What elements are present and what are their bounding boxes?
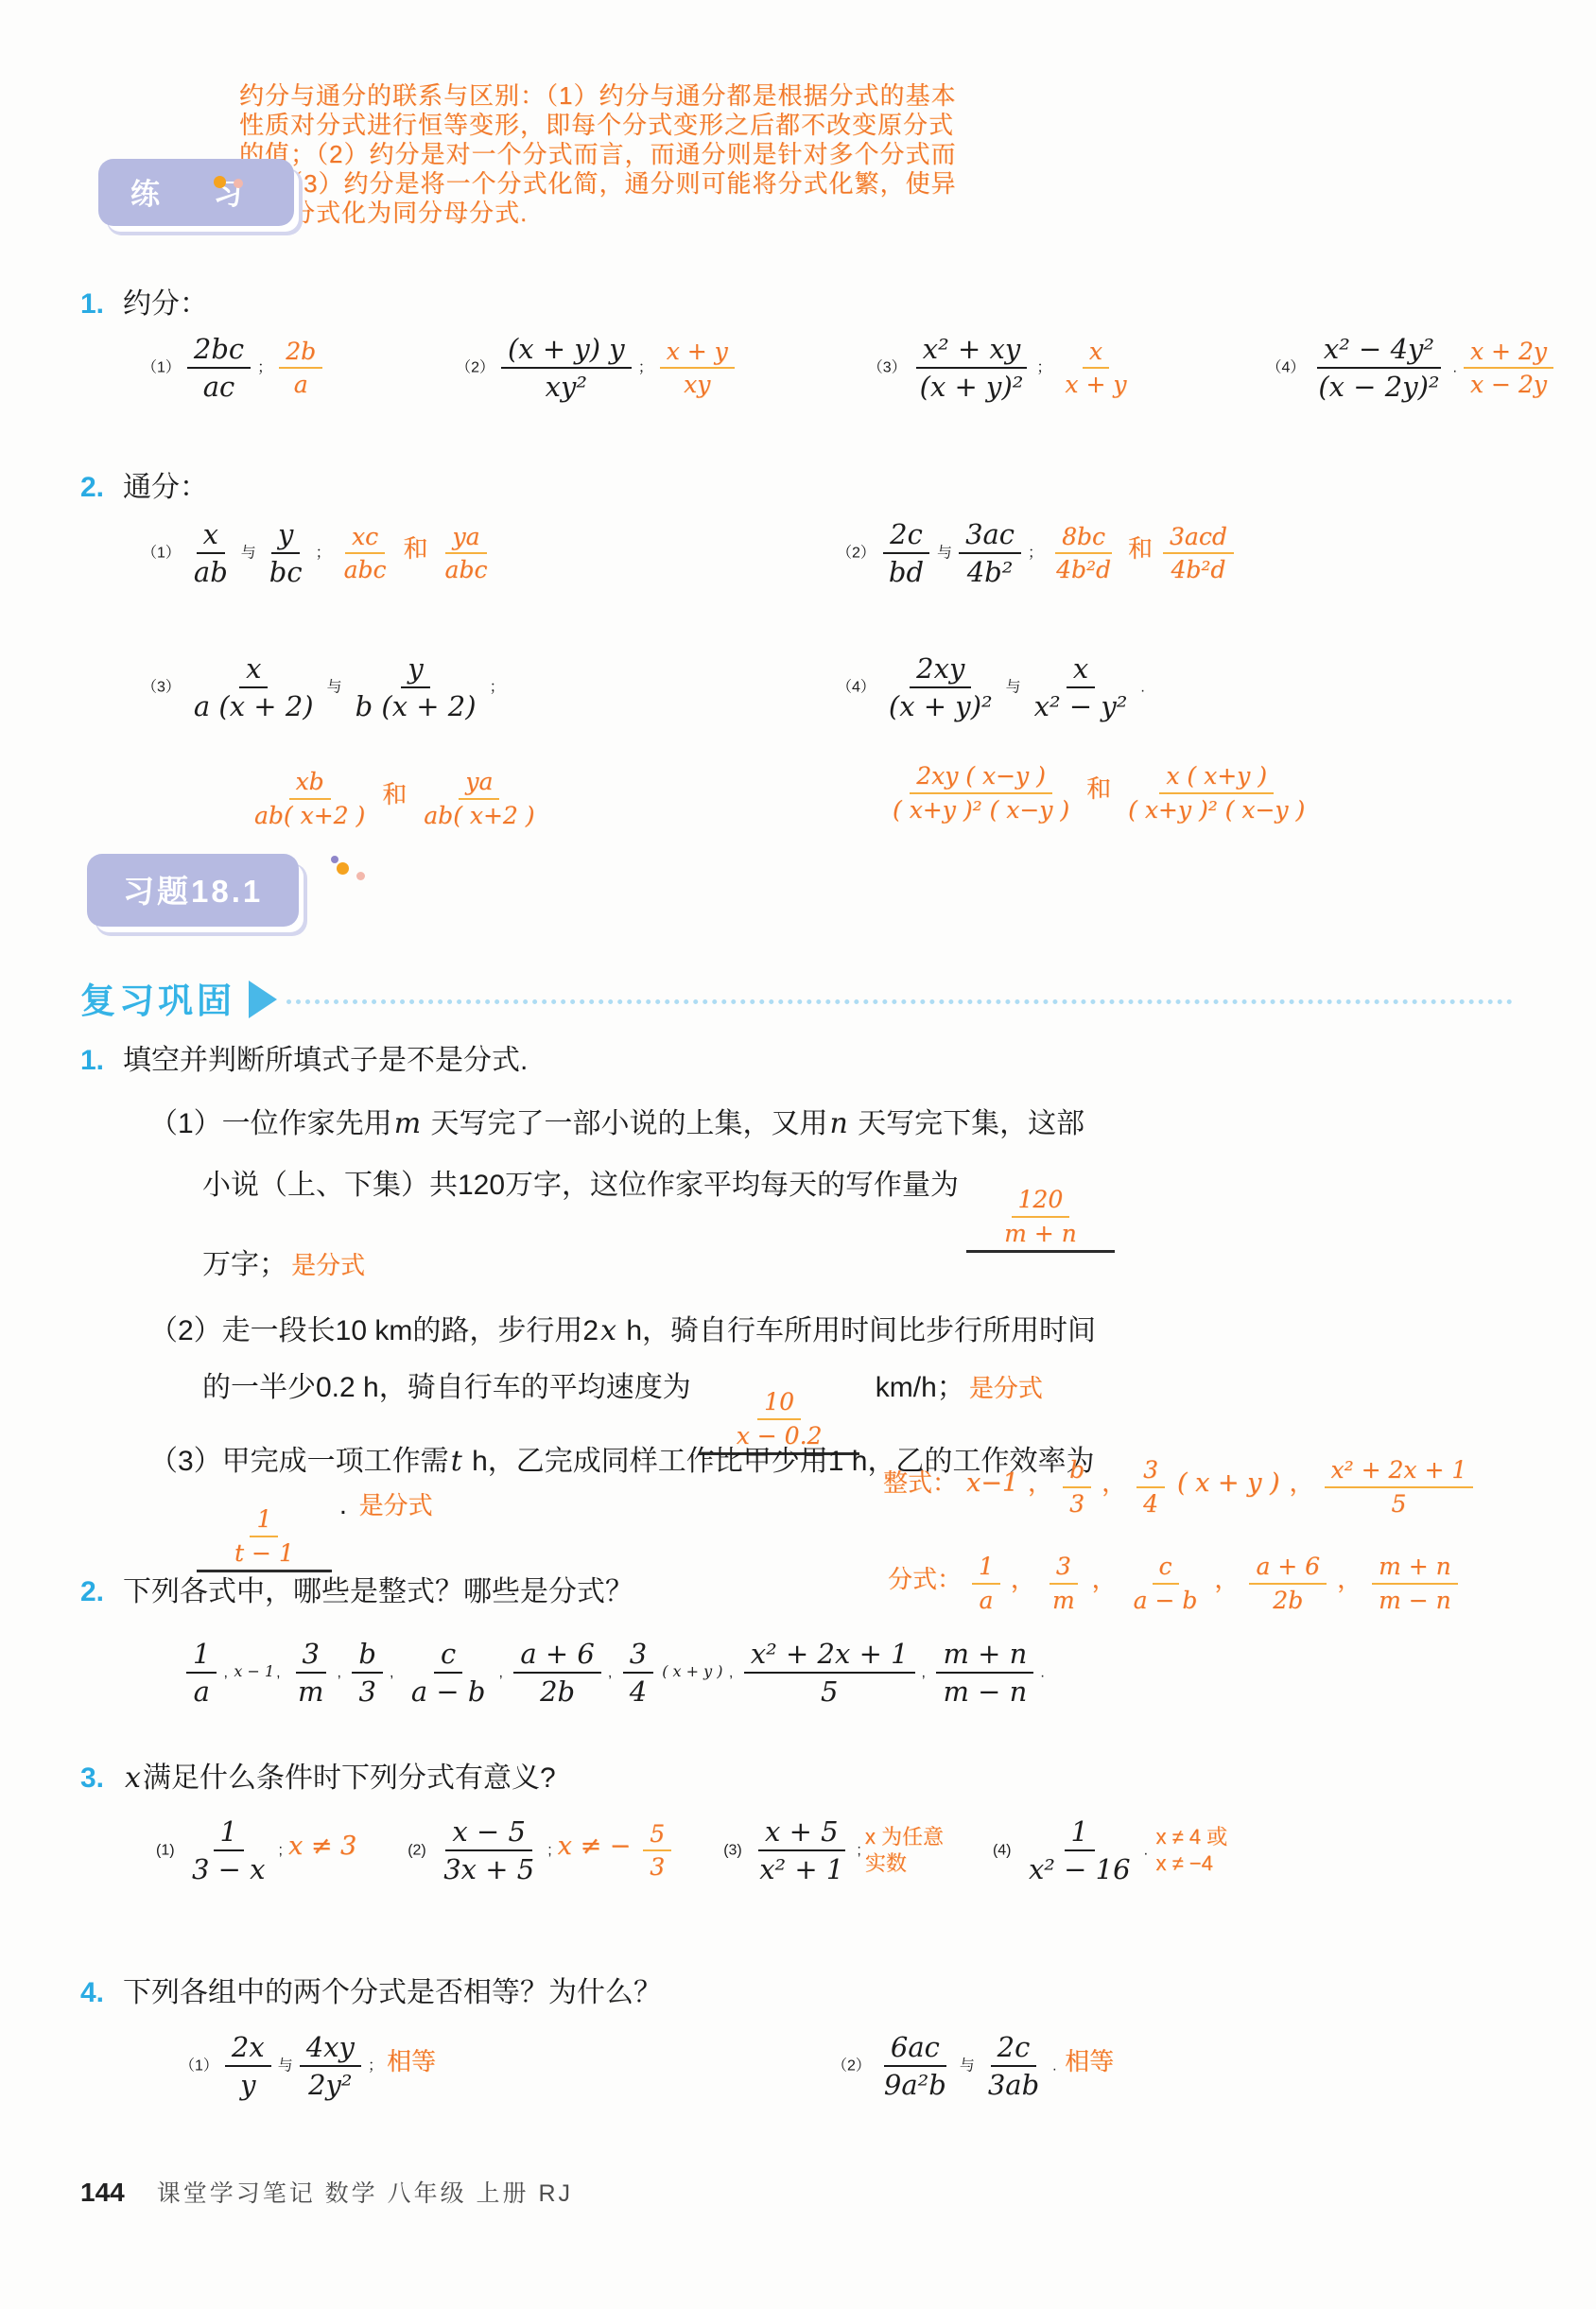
problem-1-label: 1.填空并判断所填式子是不是分式. (80, 1036, 528, 1078)
fraction: ca − b (405, 1638, 493, 1708)
math-text: km/h； (867, 1372, 964, 1403)
fraction: 6ac9a²b (877, 2031, 953, 2101)
answer-fraction: 34 (1136, 1456, 1165, 1518)
math-text: （1） (142, 359, 181, 375)
denominator: y (234, 2067, 262, 2101)
math-text: ； (1028, 545, 1043, 561)
fraction: m + nm − n (936, 1638, 1033, 1708)
denominator: 5 (1384, 1488, 1413, 1519)
math-text: 与 (327, 679, 342, 695)
reduce-item-2: （2）(x + y) yxy²；x + yxy (456, 333, 741, 403)
fraction: 2xy(x + y)² (882, 652, 999, 722)
annotation-line: 性质对分式进行恒等变形，即每个分式变形之后都不改变原分式 (239, 111, 958, 140)
note-line: x 为任意 (865, 1824, 944, 1851)
p3-row: (1) 13 − x;x ≠ 3 (2) x − 53x + 5;x ≠ −53… (156, 1815, 1231, 1885)
fraction: x + 5x² + 1 (753, 1815, 850, 1885)
math-text: 与 (241, 545, 256, 561)
math-text: (4) (993, 1842, 1015, 1858)
denominator: x² − 16 (1022, 1851, 1137, 1885)
denominator: 3 (352, 1674, 382, 1708)
math-text: （2） (832, 2057, 871, 2074)
answer-fraction: yaabc (439, 523, 494, 584)
math-text: (2) (408, 1842, 430, 1858)
p3-item-2: (2) x − 53x + 5;x ≠ −53 (408, 1815, 678, 1885)
common-denominator-item-3: （3）xa (x + 2)与yb (x + 2)； (142, 652, 505, 722)
denominator: x² − y² (1028, 688, 1135, 722)
numerator: x − 5 (445, 1815, 532, 1851)
handwritten-note: ， (1102, 1468, 1126, 1497)
numerator: x ( x+y ) (1159, 762, 1274, 794)
math-text: （1） (142, 545, 181, 561)
denominator: 4b²d (1050, 554, 1118, 584)
math-text: （1） (180, 2057, 218, 2074)
note-line: x ≠ 4 或 (1155, 1824, 1227, 1851)
answer-fraction: 2xy ( x−y )( x+y )² ( x−y ) (886, 762, 1076, 824)
answer-fraction: yaab( x+2 ) (417, 768, 541, 829)
common-denominator-item-4: （4）2xy(x + y)²与xx² − y². (837, 652, 1145, 722)
problem-4-title: 下列各组中的两个分式是否相等？为什么？ (123, 1977, 662, 2008)
numerator: y (271, 518, 300, 554)
math-text: . (1144, 1842, 1153, 1858)
handwritten-note: ， (1290, 1468, 1314, 1497)
practice-q1-title: 约分： (123, 288, 208, 320)
denominator: a (187, 1674, 217, 1708)
math-text: ; (547, 1842, 551, 1858)
handwritten-note: 是分式 (358, 1491, 432, 1519)
p4-item-1: （1）2xy与4xy2y²；相等 (180, 2031, 440, 2101)
practice-q2-title: 通分： (123, 472, 208, 503)
numerator: xb (289, 768, 331, 800)
answer-fraction: 2ba (279, 338, 322, 399)
handwritten-note: 相等 (387, 2047, 436, 2075)
handwritten-note: 和 (404, 534, 428, 563)
problem-1-number: 1. (80, 1045, 104, 1076)
math-text: h，骑自行车所用时间比步行所用时间 (618, 1315, 1096, 1346)
math-text: （2） (456, 359, 494, 375)
denominator: ab( x+2 ) (417, 800, 541, 830)
practice-badge-label: 练 习 (98, 159, 294, 226)
numerator: 3acd (1163, 523, 1234, 555)
numerator: 2b (279, 338, 322, 370)
handwritten-note: x ≠ 4 或x ≠ −4 (1155, 1824, 1227, 1878)
denominator: (x − 2y)² (1311, 369, 1446, 403)
numerator: x² − 4y² (1317, 333, 1441, 369)
p3-item-1: (1) 13 − x;x ≠ 3 (156, 1815, 362, 1885)
denominator: ( x+y )² ( x−y ) (1121, 794, 1311, 825)
practice-q1-label: 1.约分： (80, 280, 208, 321)
denominator: t − 1 (228, 1537, 301, 1568)
denominator: ab( x+2 ) (248, 800, 372, 830)
footer-caption: 课堂学习笔记 数学 八年级 上册 RJ (157, 2175, 573, 2209)
math-text: 万字； (202, 1249, 287, 1280)
answer-item-3: xbab( x+2 )和yaab( x+2 ) (241, 768, 548, 829)
p3-item-3: (3) x + 5x² + 1;x 为任意实数 (723, 1815, 947, 1885)
math-text: 天写完下集，这部 (850, 1108, 1084, 1139)
numerator: b (1063, 1456, 1091, 1488)
review-section-header: 复习巩固 (80, 972, 1513, 1023)
reduce-item-1: （1）2bcac；2ba (142, 333, 329, 403)
fraction: (x + y) yxy² (501, 333, 632, 403)
denominator: ab (187, 554, 234, 588)
numerator: 5 (643, 1820, 671, 1852)
math-text: , (498, 1664, 507, 1680)
handwritten-note: ， (1092, 1565, 1117, 1593)
numerator: m + n (936, 1638, 1033, 1674)
numerator: 120 (1012, 1186, 1070, 1218)
denominator: 2y² (302, 2067, 358, 2101)
answer-fraction: 120m + n (997, 1186, 1084, 1247)
p4-item-2: （2）6ac9a²b与2c3ab. 相等 (832, 2031, 1118, 2101)
math-text: （2）走一段长10 km的路，步行用2 (149, 1315, 598, 1346)
denominator: x − 2y (1464, 369, 1553, 399)
numerator: x² + 2x + 1 (1325, 1456, 1474, 1488)
math-text: （3） (142, 679, 181, 695)
fraction: 2c3ab (981, 2031, 1046, 2101)
answer-fraction: xbab( x+2 ) (248, 768, 372, 829)
denominator: 2b (533, 1674, 581, 1708)
fraction: xa (x + 2) (187, 652, 321, 722)
math-variable: t (449, 1445, 464, 1478)
fraction: 34 (623, 1638, 653, 1708)
practice-badge: 练 习 (98, 159, 294, 226)
numerator: c (1153, 1553, 1179, 1585)
denominator: 4b²d (1164, 554, 1232, 584)
answer-fraction: 8bc4b²d (1050, 523, 1118, 584)
denominator: m − n (1372, 1585, 1458, 1615)
numerator: y (401, 652, 429, 688)
denominator: bd (882, 554, 930, 588)
handwritten-note: 是分式 (969, 1374, 1043, 1402)
practice-q2-number: 2. (80, 472, 104, 503)
fill-in-blank: 1t − 1 (197, 1505, 332, 1572)
p1-line-4: （2）走一段长10 km的路，步行用2x h，骑自行车所用时间比步行所用时间 (149, 1307, 1096, 1348)
math-text: ； (490, 679, 505, 695)
textbook-page: 约分与通分的联系与区别：（1）约分与通分都是根据分式的基本性质对分式进行恒等变形… (0, 0, 1596, 2309)
numerator: ya (445, 523, 486, 555)
math-text: , (276, 1664, 285, 1680)
numerator: 2c (883, 518, 929, 554)
numerator: 3 (1136, 1456, 1165, 1488)
practice-q1-number: 1. (80, 288, 104, 320)
numerator: 1 (250, 1505, 278, 1537)
orange-dot-icon (337, 862, 349, 875)
p1-line-2: 小说（上、下集）共120万字，这位作家平均每天的写作量为120m + n (202, 1161, 1122, 1253)
note-line: 实数 (865, 1850, 944, 1878)
p2-expression-list: 1a, x − 1, 3m, b3, ca − b, a + 62b, 34( … (180, 1638, 1045, 1708)
numerator: 10 (757, 1388, 801, 1420)
math-text: . (1040, 1664, 1044, 1680)
annotation-line: 的值；（2）约分是对一个分式而言，而通分则是针对多个分式而 (239, 140, 958, 169)
handwritten-note: x 为任意实数 (865, 1824, 944, 1878)
denominator: m (291, 1674, 331, 1708)
dotted-divider (286, 999, 1513, 1004)
numerator: x (239, 652, 268, 688)
numerator: 3 (296, 1638, 326, 1674)
fraction: x² − 4y²(x − 2y)² (1311, 333, 1446, 403)
exercise-badge-label: 习题18.1 (87, 854, 299, 927)
denominator: 4 (1136, 1488, 1165, 1519)
numerator: 2bc (187, 333, 251, 369)
numerator: x (1083, 338, 1109, 370)
answer-fraction: 3acd4b²d (1163, 523, 1234, 584)
math-variable: n (827, 1107, 849, 1140)
numerator: x + 5 (758, 1815, 845, 1851)
answer-fraction: 3m (1046, 1553, 1082, 1614)
fraction: 3ac4b² (959, 518, 1021, 588)
fraction: 2xy (225, 2031, 271, 2101)
numerator: a + 6 (1249, 1553, 1327, 1585)
problem-2-number: 2. (80, 1576, 104, 1607)
denominator: 3ab (981, 2067, 1046, 2101)
handwritten-note: 是分式 (291, 1251, 365, 1279)
denominator: a − b (1127, 1585, 1205, 1615)
math-text: , (724, 1664, 737, 1680)
math-text: (3) (723, 1842, 746, 1858)
numerator: (x + y) y (501, 333, 632, 369)
denominator: abc (338, 554, 393, 584)
fraction: xab (187, 518, 234, 588)
numerator: a + 6 (513, 1638, 600, 1674)
denominator: bc (263, 554, 309, 588)
math-text: （3） (868, 359, 907, 375)
answer-fraction: 1a (972, 1553, 1000, 1614)
margin-annotation: 约分与通分的联系与区别：（1）约分与通分都是根据分式的基本性质对分式进行恒等变形… (239, 81, 958, 228)
math-text: ； (257, 359, 272, 375)
denominator: b (x + 2) (349, 688, 483, 722)
annotation-line: 分母分式化为同分母分式. (239, 199, 958, 228)
common-denominator-item-1: （1）xab与ybc；xcabc和yaabc (142, 518, 500, 588)
denominator: abc (439, 554, 494, 584)
numerator: 3 (623, 1638, 653, 1674)
problem-1-title: 填空并判断所填式子是不是分式. (123, 1045, 528, 1076)
numerator: 2x (225, 2031, 271, 2067)
fraction: 4xy2y² (300, 2031, 361, 2101)
numerator: 4xy (300, 2031, 361, 2067)
math-variable: x (123, 1762, 143, 1795)
annotation-line: 约分与通分的联系与区别：（1）约分与通分都是根据分式的基本 (239, 81, 958, 111)
numerator: b (352, 1638, 383, 1674)
pink-dot-icon (356, 872, 365, 880)
denominator: ( x+y )² ( x−y ) (886, 794, 1076, 825)
math-variable: x (598, 1314, 618, 1347)
handwritten-note: 和 (382, 780, 407, 808)
numerator: x (1067, 652, 1095, 688)
denominator: 4b² (961, 554, 1020, 588)
math-text: . (1140, 679, 1144, 695)
problem-3-title: x满足什么条件时下列分式有意义? (123, 1762, 556, 1794)
answer-fraction: xcabc (338, 523, 393, 584)
math-text: , (608, 1664, 616, 1680)
fill-in-blank: 120m + n (966, 1186, 1115, 1253)
numerator: 1 (1065, 1815, 1095, 1851)
math-text: , (390, 1664, 398, 1680)
fraction: 2cbd (882, 518, 930, 588)
p1-line-1: （1）一位作家先用m 天写完了一部小说的上集，又用n 天写完下集，这部 (149, 1100, 1084, 1141)
denominator: a (287, 369, 315, 399)
denominator: 5 (814, 1674, 844, 1708)
math-text: 天写完了一部小说的上集，又用 (423, 1108, 827, 1139)
math-text: (1) (156, 1842, 179, 1858)
fraction: 1a (186, 1638, 217, 1708)
denominator: x + y (1058, 369, 1133, 399)
p3-item-4: (4) 1x² − 16. x ≠ 4 或x ≠ −4 (993, 1815, 1231, 1885)
page-number: 144 (80, 2178, 125, 2208)
math-text: 与 (937, 545, 952, 561)
handwritten-note: ， (1028, 1468, 1052, 1497)
handwritten-note: ， (1011, 1565, 1035, 1593)
math-text: , (922, 1664, 930, 1680)
denominator: 3x + 5 (437, 1851, 541, 1885)
denominator: m + n (997, 1218, 1084, 1248)
fraction: b3 (352, 1638, 383, 1708)
answer-fraction: a + 62b (1249, 1553, 1327, 1614)
math-text: 小说（上、下集）共120万字，这位作家平均每天的写作量为 (202, 1170, 959, 1201)
fraction: 13 − x (185, 1815, 272, 1885)
numerator: 2c (991, 2031, 1037, 2067)
handwritten-note: 和 (1128, 534, 1153, 563)
problem-3-label: 3.x满足什么条件时下列分式有意义? (80, 1754, 556, 1796)
math-text: 与 (960, 2057, 975, 2074)
orange-dot-icon (214, 176, 226, 188)
math-text: , (338, 1664, 346, 1680)
denominator: ac (197, 369, 242, 403)
math-text: （4） (1266, 359, 1305, 375)
denominator: x² + 1 (753, 1851, 850, 1885)
math-text: ； (316, 545, 331, 561)
handwritten-note: 整式： (883, 1468, 957, 1497)
denominator: (x + y)² (882, 688, 999, 722)
common-denominator-item-2: （2）2cbd与3ac4b²；8bc4b²d和3acd4b²d (837, 518, 1240, 588)
denominator: 3 (1063, 1488, 1091, 1519)
review-section-title: 复习巩固 (80, 972, 235, 1023)
numerator: x (197, 518, 225, 554)
handwritten-note: 相等 (1065, 2047, 1114, 2075)
p1-line-3: 万字；是分式 (202, 1241, 369, 1282)
fraction: x² + 2x + 15 (744, 1638, 915, 1708)
problem-2-title: 下列各式中，哪些是整式？哪些是分式？ (123, 1576, 633, 1607)
purple-dot-icon (331, 856, 338, 863)
page-footer: 144 课堂学习笔记 数学 八年级 上册 RJ (80, 2175, 573, 2209)
exercise-badge: 习题18.1 (87, 854, 299, 927)
denominator: a (973, 1585, 1000, 1615)
numerator: m + n (1372, 1553, 1458, 1585)
math-text: ； (638, 359, 653, 375)
fraction: 3m (291, 1638, 331, 1708)
decor-dots-practice (214, 176, 243, 193)
fraction: ybc (263, 518, 309, 588)
math-text: ; (279, 1842, 283, 1858)
fraction: a + 62b (513, 1638, 600, 1708)
numerator: x + 2y (1464, 338, 1553, 370)
numerator: 1 (214, 1815, 244, 1851)
math-text: 的一半少0.2 h，骑自行车的平均速度为 (202, 1372, 691, 1403)
denominator: a (x + 2) (187, 688, 321, 722)
fraction: xx² − y² (1028, 652, 1135, 722)
problem-3-number: 3. (80, 1762, 104, 1794)
triangle-arrow-icon (249, 981, 277, 1018)
reduce-item-4: （4）x² − 4y²(x − 2y)².x + 2yx − 2y (1266, 333, 1560, 403)
problem-4-label: 4.下列各组中的两个分式是否相等？为什么？ (80, 1969, 662, 2010)
denominator: 4 (623, 1674, 653, 1708)
numerator: ya (459, 768, 499, 800)
annotation-line: 言；（3）约分是将一个分式化简，通分则可能将分式化繁，使异 (239, 169, 958, 199)
answer-fraction: 53 (643, 1820, 671, 1882)
numerator: 8bc (1055, 523, 1112, 555)
denominator: (x + y)² (913, 369, 1031, 403)
numerator: 1 (972, 1553, 1000, 1585)
numerator: c (434, 1638, 462, 1674)
answer-fraction: x + 2yx − 2y (1464, 338, 1553, 399)
math-variable: m (392, 1107, 423, 1140)
math-text: ; (857, 1842, 860, 1858)
numerator: 3 (1050, 1553, 1078, 1585)
math-text: 满足什么条件时下列分式有意义? (143, 1762, 556, 1794)
answer-fraction: x ( x+y )( x+y )² ( x−y ) (1121, 762, 1311, 824)
fraction: x − 53x + 5 (437, 1815, 541, 1885)
math-text: ； (368, 2057, 383, 2074)
note-fractions: 分式：1a，3m，ca − b，a + 62b，m + nm − n (884, 1553, 1465, 1614)
math-variable: x − 1 (232, 1662, 276, 1680)
answer-fraction: 1t − 1 (228, 1505, 301, 1567)
denominator: xy² (539, 369, 594, 403)
answer-fraction: m + nm − n (1372, 1553, 1458, 1614)
numerator: 2xy (910, 652, 971, 688)
note-line: x ≠ −4 (1155, 1850, 1227, 1878)
problem-2-label: 2.下列各式中，哪些是整式？哪些是分式？ (80, 1568, 633, 1609)
math-text: . (1453, 359, 1457, 375)
denominator: m (1046, 1585, 1082, 1615)
handwritten-note: ， (1337, 1565, 1362, 1593)
handwritten-math: x ≠ 3 (286, 1832, 358, 1861)
answer-fraction: x² + 2x + 15 (1325, 1456, 1474, 1518)
math-text: 与 (1006, 679, 1021, 695)
answer-fraction: x + yxy (660, 338, 735, 399)
numerator: 6ac (884, 2031, 946, 2067)
denominator: m − n (936, 1674, 1033, 1708)
math-text: （3）甲完成一项工作需 (149, 1446, 449, 1477)
math-text: ； (1036, 359, 1051, 375)
note-polynomials: 整式：x−1，b3，34( x + y )，x² + 2x + 15 (879, 1456, 1480, 1518)
denominator: 9a²b (877, 2067, 953, 2101)
handwritten-note: 和 (1086, 774, 1111, 803)
problem-4-number: 4. (80, 1977, 104, 2008)
math-text: 与 (278, 2057, 293, 2074)
denominator: xy (677, 369, 717, 399)
numerator: x + y (660, 338, 735, 370)
numerator: 2xy ( x−y ) (910, 762, 1052, 794)
answer-fraction: ca − b (1127, 1553, 1205, 1614)
p1-line-7: 1t − 1. 是分式 (189, 1486, 436, 1572)
numerator: 3ac (959, 518, 1021, 554)
numerator: 1 (186, 1638, 217, 1674)
handwritten-math: x ≠ − (556, 1832, 633, 1861)
answer-item-4: 2xy ( x−y )( x+y )² ( x−y )和x ( x+y )( x… (879, 762, 1318, 824)
fraction: yb (x + 2) (349, 652, 483, 722)
math-text: （1）一位作家先用 (149, 1108, 392, 1139)
math-text: （4） (837, 679, 876, 695)
handwritten-math: x−1 (964, 1468, 1020, 1498)
numerator: x² + 2x + 1 (744, 1638, 915, 1674)
math-text: , (223, 1664, 232, 1680)
answer-fraction: b3 (1063, 1456, 1091, 1518)
reduce-row: （1）2bcac；2ba （2）(x + y) yxy²；x + yxy （3）… (142, 333, 1560, 403)
numerator: x² + xy (916, 333, 1027, 369)
decor-dots-exercise (331, 856, 365, 880)
fraction: 1x² − 16 (1022, 1815, 1137, 1885)
answer-fraction: xx + y (1058, 338, 1133, 399)
handwritten-note: ， (1214, 1565, 1239, 1593)
practice-q2-label: 2.通分： (80, 463, 208, 505)
